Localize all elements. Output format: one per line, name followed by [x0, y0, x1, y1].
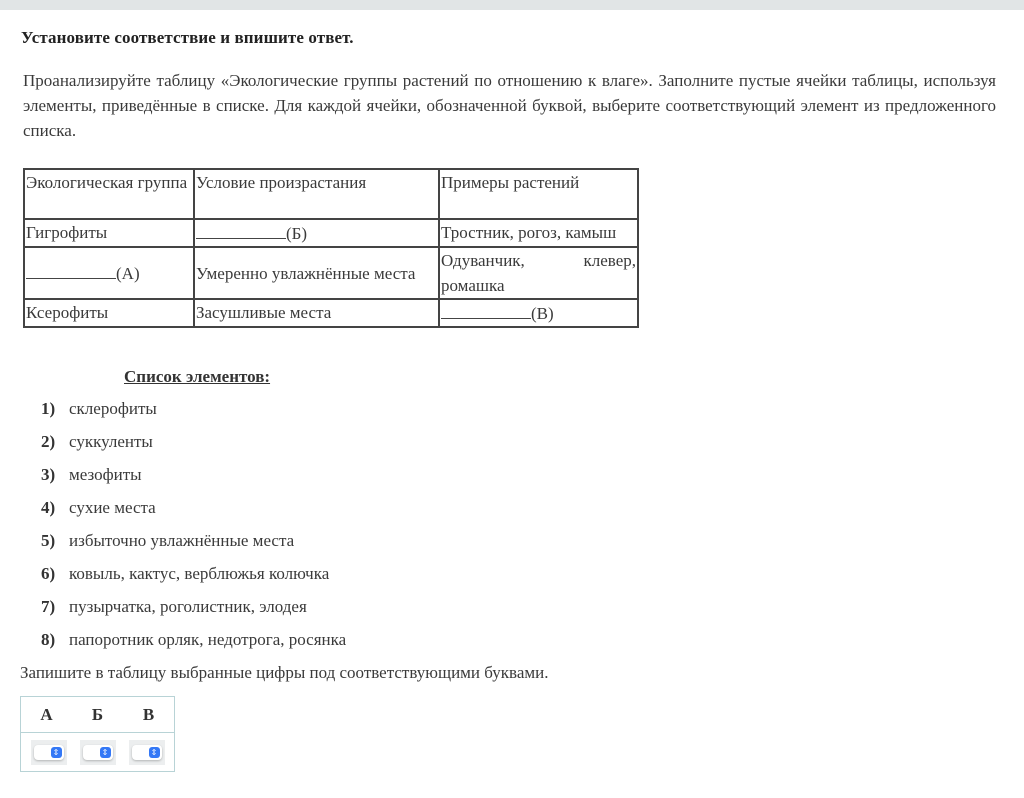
answer-letter-a: А [21, 697, 72, 732]
header-cell: Условие произрастания [194, 169, 439, 219]
list-title: Список элементов: [124, 367, 270, 387]
header-cell: Примеры растений [439, 169, 638, 219]
list-item: 8)папоротник орляк, недотрога, росянка [41, 629, 346, 662]
select-cell: ⇕ [129, 740, 165, 765]
blank-line [441, 300, 531, 319]
list-item: 1)склерофиты [41, 398, 346, 431]
answer-select-v[interactable]: ⇕ [132, 745, 162, 760]
blank-label: (В) [531, 304, 554, 323]
up-down-chevron-icon: ⇕ [51, 747, 62, 758]
table-cell: Умеренно увлажнённые места [194, 247, 439, 299]
blank-line [26, 260, 116, 279]
table-cell: Засушливые места [194, 299, 439, 327]
elements-list: 1)склерофиты 2)суккуленты 3)мезофиты 4)с… [41, 398, 346, 662]
answer-select-row: ⇕ ⇕ ⇕ [21, 733, 174, 771]
answer-letter-b: Б [72, 697, 123, 732]
list-item: 4)сухие места [41, 497, 346, 530]
ecology-table: Экологическая группа Условие произрастан… [23, 168, 639, 328]
table-cell-blank: (А) [24, 247, 194, 299]
list-item: 6)ковыль, кактус, верблюжья колючка [41, 563, 346, 596]
answer-instruction: Запишите в таблицу выбранные цифры под с… [20, 663, 549, 683]
table-cell: Тростник, рогоз, камыш [439, 219, 638, 247]
task-title: Установите соответствие и впишите ответ. [21, 28, 354, 48]
select-cell: ⇕ [80, 740, 116, 765]
table-cell: Гигрофиты [24, 219, 194, 247]
up-down-chevron-icon: ⇕ [100, 747, 111, 758]
list-item: 7)пузырчатка, роголистник, элодея [41, 596, 346, 629]
select-cell: ⇕ [31, 740, 67, 765]
task-intro: Проанализируйте таблицу «Экологические г… [23, 68, 996, 143]
top-bar [0, 0, 1024, 10]
table-row: Ксерофиты Засушливые места (В) [24, 299, 638, 327]
table-row: Гигрофиты (Б) Тростник, рогоз, камыш [24, 219, 638, 247]
blank-label: (А) [116, 264, 140, 283]
up-down-chevron-icon: ⇕ [149, 747, 160, 758]
table-cell: Ксерофиты [24, 299, 194, 327]
table-header-row: Экологическая группа Условие произрастан… [24, 169, 638, 219]
table-cell-blank: (Б) [194, 219, 439, 247]
blank-label: (Б) [286, 224, 307, 243]
table-cell-blank: (В) [439, 299, 638, 327]
answer-select-a[interactable]: ⇕ [34, 745, 64, 760]
answer-letter-v: В [123, 697, 174, 732]
table-cell: Одуванчик, клевер, ромашка [439, 247, 638, 299]
table-row: (А) Умеренно увлажнённые места Одуванчик… [24, 247, 638, 299]
blank-line [196, 220, 286, 239]
list-item: 2)суккуленты [41, 431, 346, 464]
answer-select-b[interactable]: ⇕ [83, 745, 113, 760]
list-item: 3)мезофиты [41, 464, 346, 497]
header-cell: Экологическая группа [24, 169, 194, 219]
answer-table: А Б В ⇕ ⇕ ⇕ [20, 696, 175, 772]
list-item: 5)избыточно увлажнённые места [41, 530, 346, 563]
answer-header-row: А Б В [21, 697, 174, 733]
